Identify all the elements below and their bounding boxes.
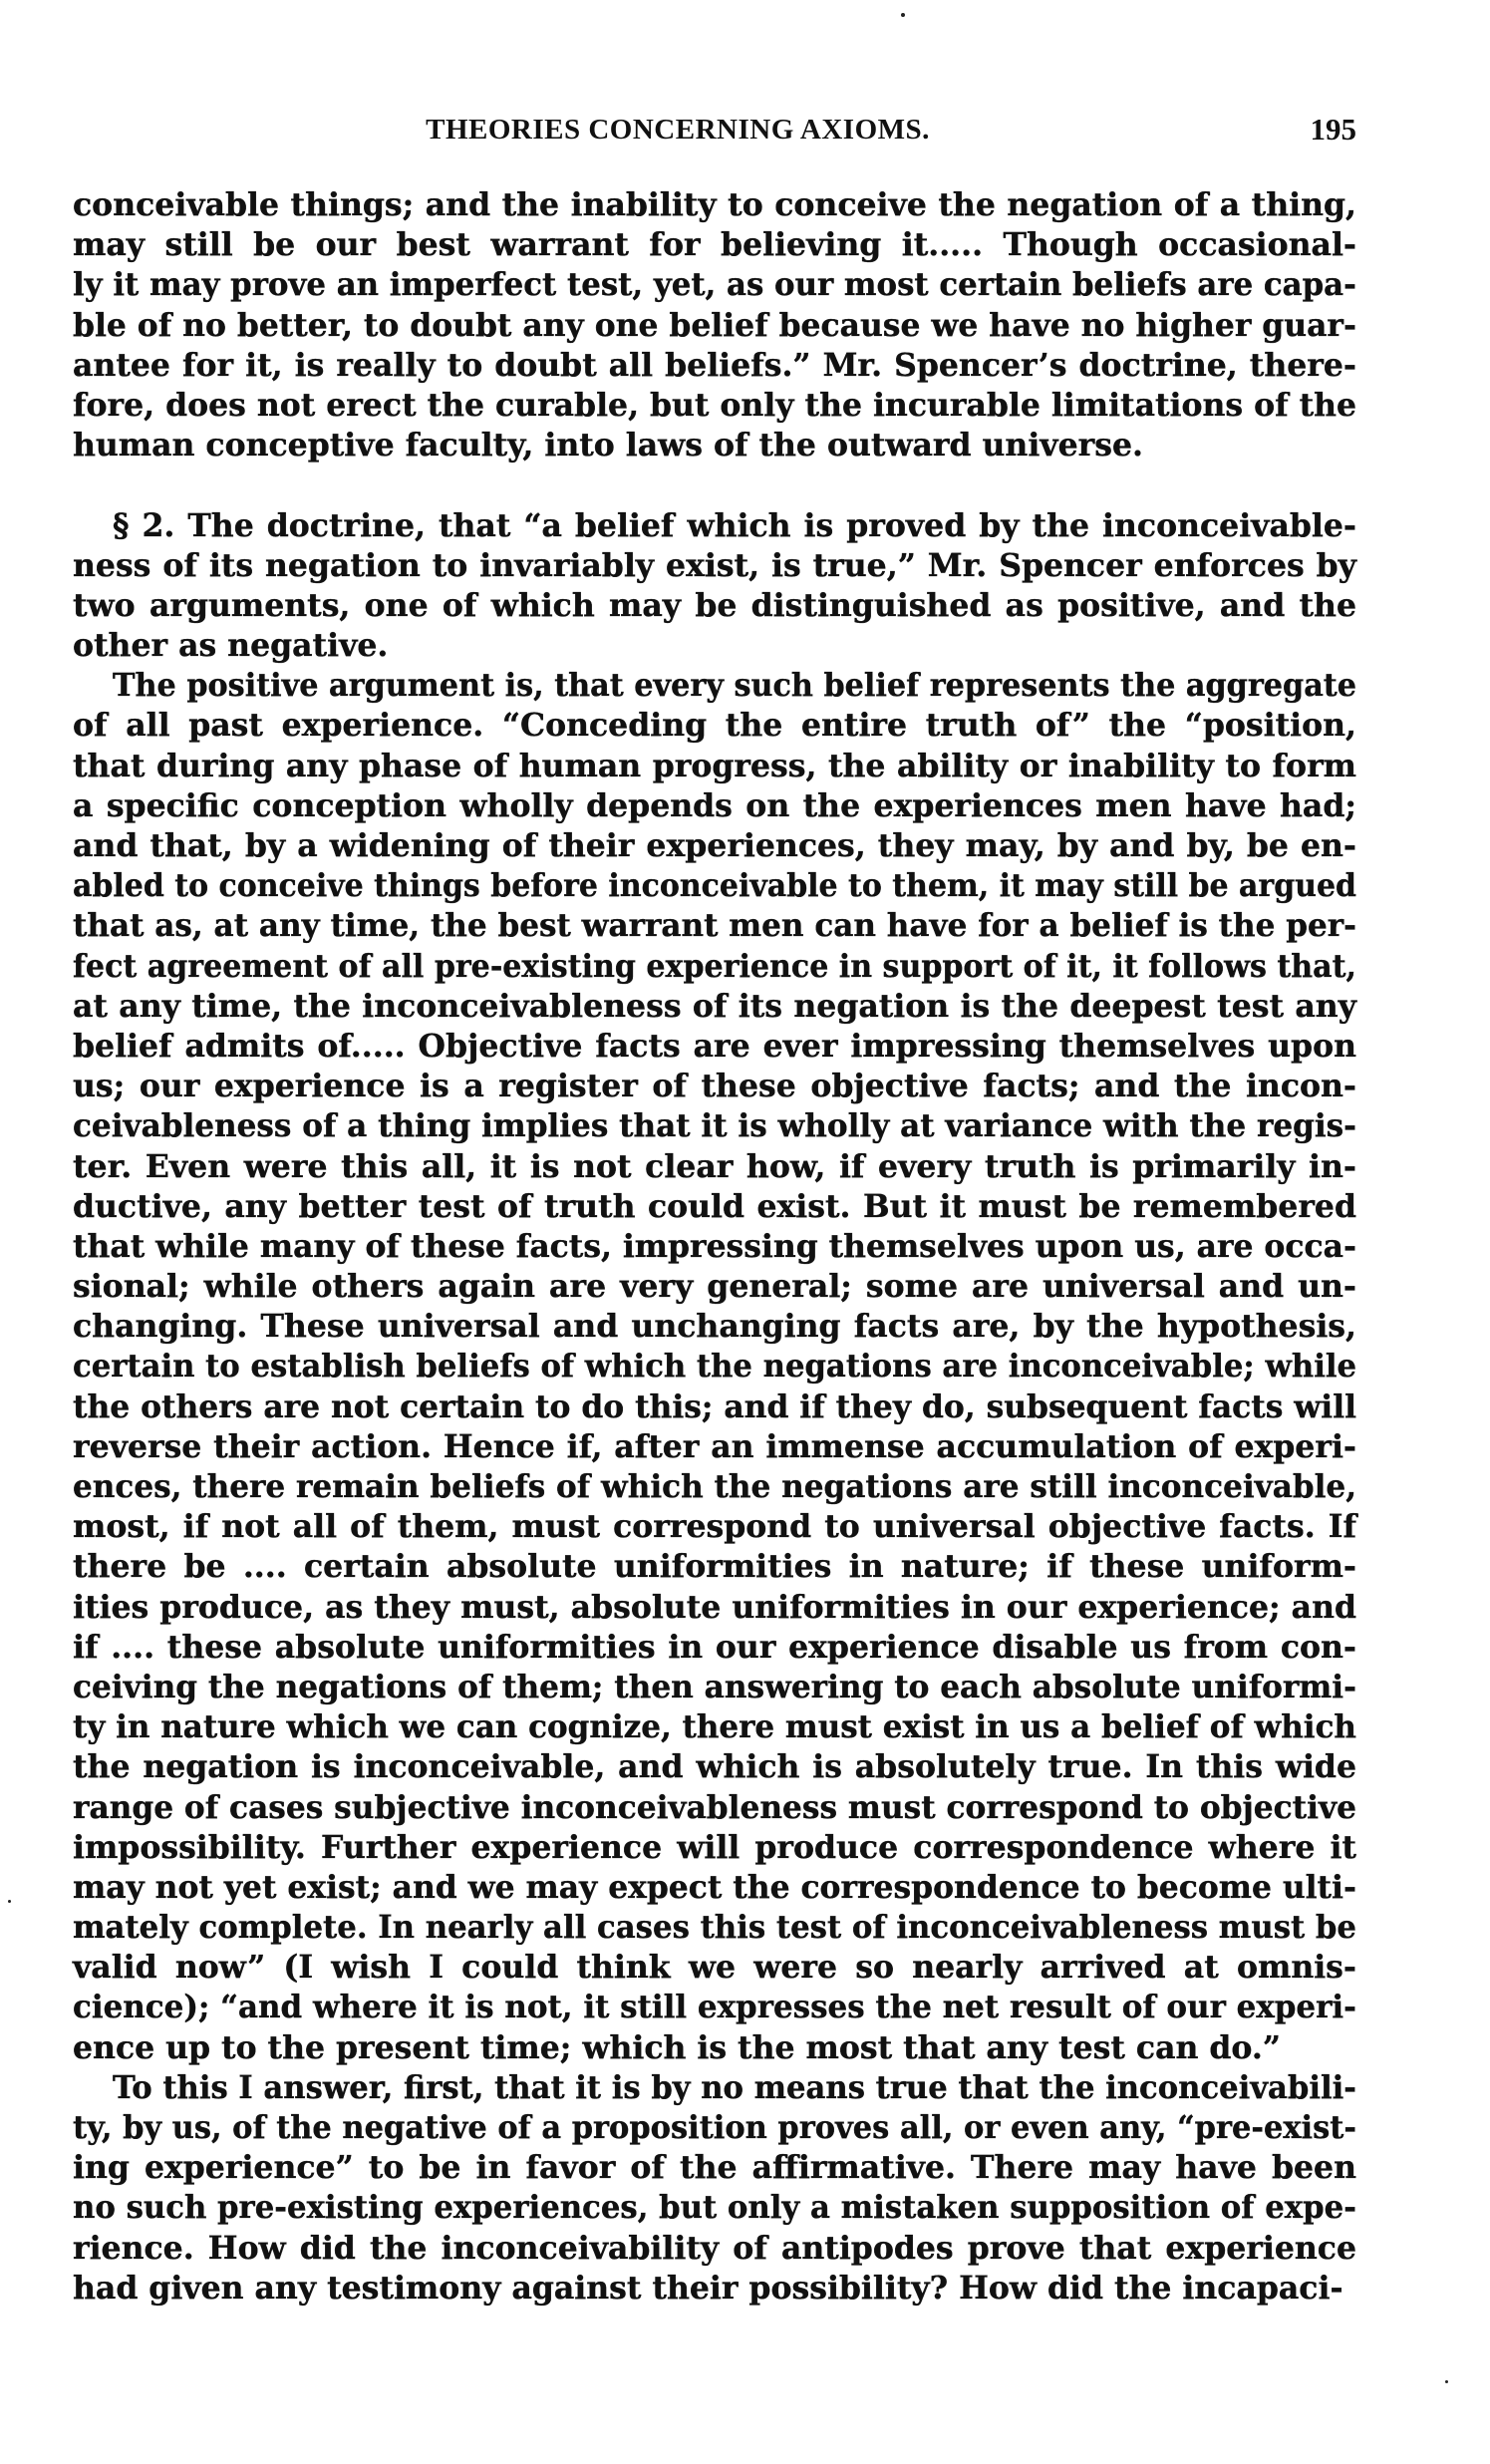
- text-line-content: there be .... certain absolute uniformit…: [73, 1547, 1356, 1587]
- text-line-content: abled to conceive things before inconcei…: [73, 866, 1356, 906]
- text-line-content: cience); “and where it is not, it still …: [73, 1988, 1356, 2027]
- text-line: valid now” (I wish I could think we were…: [73, 1948, 1356, 1988]
- text-line-content: may still be our best warrant for believ…: [73, 225, 1356, 265]
- text-line: antee for it, is really to doubt all bel…: [73, 346, 1356, 386]
- text-line-content: that during any phase of human progress,…: [73, 747, 1356, 786]
- text-line: impossibility. Further experience will p…: [73, 1828, 1356, 1868]
- text-line-content: us; our experience is a register of thes…: [73, 1067, 1356, 1106]
- text-line-content: fect agreement of all pre-existing exper…: [73, 947, 1356, 987]
- page-number: 195: [1311, 113, 1357, 147]
- text-line-content: the others are not certain to do this; a…: [73, 1387, 1356, 1427]
- text-line: us; our experience is a register of thes…: [73, 1067, 1356, 1106]
- book-page: THEORIES CONCERNING AXIOMS. 195 conceiva…: [0, 0, 1490, 2464]
- text-line: ences, there remain beliefs of which the…: [73, 1467, 1356, 1507]
- text-line-content: ing experience” to be in favor of the af…: [73, 2148, 1356, 2188]
- text-line-content: To this I answer, first, that it is by n…: [113, 2068, 1356, 2108]
- text-line: two arguments, one of which may be disti…: [73, 586, 1356, 626]
- text-line-content: § 2. The doctrine, that “a belief which …: [113, 506, 1356, 546]
- text-line: ing experience” to be in favor of the af…: [73, 2148, 1356, 2188]
- text-line: range of cases subjective inconceivablen…: [73, 1788, 1356, 1828]
- text-line-content: impossibility. Further experience will p…: [73, 1828, 1356, 1868]
- text-line: abled to conceive things before inconcei…: [73, 866, 1356, 906]
- text-line-content: fore, does not erect the curable, but on…: [73, 386, 1356, 426]
- text-line: ly it may prove an imperfect test, yet, …: [73, 265, 1356, 305]
- text-line-content: that as, at any time, the best warrant m…: [73, 906, 1356, 946]
- text-line-content: sional; while others again are very gene…: [73, 1267, 1356, 1307]
- text-line-content: a specific conception wholly depends on …: [73, 786, 1356, 826]
- text-line: ness of its negation to invariably exist…: [73, 546, 1356, 586]
- text-line: ter. Even were this all, it is not clear…: [73, 1147, 1356, 1187]
- paragraph: The positive argument is, that every suc…: [73, 666, 1356, 2068]
- paragraph: To this I answer, first, that it is by n…: [73, 2068, 1356, 2309]
- text-line-content: antee for it, is really to doubt all bel…: [73, 346, 1356, 386]
- text-line: The positive argument is, that every suc…: [73, 666, 1356, 706]
- paragraph: conceivable things; and the inability to…: [73, 185, 1356, 465]
- scan-speck: [901, 13, 905, 17]
- text-line: ceiving the negations of them; then answ…: [73, 1668, 1356, 1707]
- text-line: § 2. The doctrine, that “a belief which …: [73, 506, 1356, 546]
- text-line: may still be our best warrant for believ…: [73, 225, 1356, 265]
- text-line-content: ter. Even were this all, it is not clear…: [73, 1147, 1356, 1187]
- text-line-content: other as negative.: [73, 626, 1356, 666]
- text-line: ities produce, as they must, absolute un…: [73, 1588, 1356, 1628]
- text-line: there be .... certain absolute uniformit…: [73, 1547, 1356, 1587]
- text-line: the negation is inconceivable, and which…: [73, 1747, 1356, 1787]
- text-line: that while many of these facts, impressi…: [73, 1227, 1356, 1267]
- text-line-content: reverse their action. Hence if, after an…: [73, 1427, 1356, 1467]
- text-line: mately complete. In nearly all cases thi…: [73, 1908, 1356, 1948]
- text-line: ty in nature which we can cognize, there…: [73, 1707, 1356, 1747]
- text-line-content: certain to establish beliefs of which th…: [73, 1347, 1356, 1386]
- text-line-content: ty, by us, of the negative of a proposit…: [73, 2108, 1356, 2148]
- body-text: conceivable things; and the inability to…: [73, 185, 1356, 2309]
- text-line: reverse their action. Hence if, after an…: [73, 1427, 1356, 1467]
- text-line: fect agreement of all pre-existing exper…: [73, 947, 1356, 987]
- text-line-content: ness of its negation to invariably exist…: [73, 546, 1356, 586]
- text-line-content: belief admits of..... Objective facts ar…: [73, 1027, 1356, 1067]
- text-line-content: most, if not all of them, must correspon…: [73, 1507, 1356, 1547]
- text-line: sional; while others again are very gene…: [73, 1267, 1356, 1307]
- text-line: at any time, the inconceivableness of it…: [73, 987, 1356, 1027]
- text-line: ble of no better, to doubt any one belie…: [73, 306, 1356, 346]
- text-line-content: the negation is inconceivable, and which…: [73, 1747, 1356, 1787]
- text-line: certain to establish beliefs of which th…: [73, 1347, 1356, 1386]
- text-line-content: ceiving the negations of them; then answ…: [73, 1668, 1356, 1707]
- text-line: the others are not certain to do this; a…: [73, 1387, 1356, 1427]
- text-line-content: mately complete. In nearly all cases thi…: [73, 1908, 1356, 1948]
- text-line-content: rience. How did the inconceivability of …: [73, 2229, 1356, 2269]
- text-line-content: ences, there remain beliefs of which the…: [73, 1467, 1356, 1507]
- text-line: conceivable things; and the inability to…: [73, 185, 1356, 225]
- text-line-content: no such pre-existing experiences, but on…: [73, 2188, 1356, 2228]
- text-line-content: range of cases subjective inconceivablen…: [73, 1788, 1356, 1828]
- text-line-content: valid now” (I wish I could think we were…: [73, 1948, 1356, 1988]
- text-line: belief admits of..... Objective facts ar…: [73, 1027, 1356, 1067]
- text-line: may not yet exist; and we may expect the…: [73, 1868, 1356, 1908]
- text-line: most, if not all of them, must correspon…: [73, 1507, 1356, 1547]
- text-line: To this I answer, first, that it is by n…: [73, 2068, 1356, 2108]
- paragraph: § 2. The doctrine, that “a belief which …: [73, 506, 1356, 667]
- text-line-content: ly it may prove an imperfect test, yet, …: [73, 265, 1356, 305]
- text-line-content: at any time, the inconceivableness of it…: [73, 987, 1356, 1027]
- text-line-content: The positive argument is, that every suc…: [113, 666, 1356, 706]
- text-line-content: may not yet exist; and we may expect the…: [73, 1868, 1356, 1908]
- text-line: ceivableness of a thing implies that it …: [73, 1106, 1356, 1146]
- text-line: of all past experience. “Conceding the e…: [73, 706, 1356, 746]
- text-line: human conceptive faculty, into laws of t…: [73, 426, 1356, 465]
- text-line: that as, at any time, the best warrant m…: [73, 906, 1356, 946]
- text-line: ence up to the present time; which is th…: [73, 2028, 1356, 2068]
- text-line-content: human conceptive faculty, into laws of t…: [73, 426, 1356, 465]
- text-line: and that, by a widening of their experie…: [73, 826, 1356, 866]
- text-line-content: ence up to the present time; which is th…: [73, 2028, 1356, 2068]
- running-head: THEORIES CONCERNING AXIOMS. 195: [73, 113, 1356, 147]
- text-line: no such pre-existing experiences, but on…: [73, 2188, 1356, 2228]
- scan-speck: [1445, 2380, 1448, 2383]
- text-line-content: ities produce, as they must, absolute un…: [73, 1588, 1356, 1628]
- text-line-content: conceivable things; and the inability to…: [73, 185, 1356, 225]
- text-line: ductive, any better test of truth could …: [73, 1187, 1356, 1227]
- text-line-content: if .... these absolute uniformities in o…: [73, 1628, 1356, 1668]
- text-line-content: of all past experience. “Conceding the e…: [73, 706, 1356, 746]
- text-line: rience. How did the inconceivability of …: [73, 2229, 1356, 2269]
- text-line-content: that while many of these facts, impressi…: [73, 1227, 1356, 1267]
- text-line-content: ty in nature which we can cognize, there…: [73, 1707, 1356, 1747]
- text-line-content: ble of no better, to doubt any one belie…: [73, 306, 1356, 346]
- text-line: other as negative.: [73, 626, 1356, 666]
- text-line: that during any phase of human progress,…: [73, 747, 1356, 786]
- text-line-content: ductive, any better test of truth could …: [73, 1187, 1356, 1227]
- text-line-content: two arguments, one of which may be disti…: [73, 586, 1356, 626]
- text-line-content: ceivableness of a thing implies that it …: [73, 1106, 1356, 1146]
- text-line: cience); “and where it is not, it still …: [73, 1988, 1356, 2027]
- scan-speck: [8, 1900, 11, 1903]
- text-line: changing. These universal and unchanging…: [73, 1307, 1356, 1347]
- text-line: if .... these absolute uniformities in o…: [73, 1628, 1356, 1668]
- text-line-content: changing. These universal and unchanging…: [73, 1307, 1356, 1347]
- text-line: a specific conception wholly depends on …: [73, 786, 1356, 826]
- text-line: ty, by us, of the negative of a proposit…: [73, 2108, 1356, 2148]
- text-line-content: and that, by a widening of their experie…: [73, 826, 1356, 866]
- text-line-content: had given any testimony against their po…: [73, 2269, 1356, 2309]
- running-title: THEORIES CONCERNING AXIOMS.: [419, 113, 937, 147]
- text-line: fore, does not erect the curable, but on…: [73, 386, 1356, 426]
- text-line: had given any testimony against their po…: [73, 2269, 1356, 2309]
